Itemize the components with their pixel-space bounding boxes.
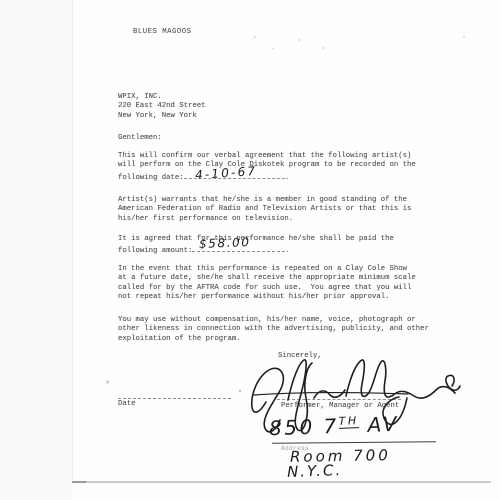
- letterhead: BLUES MAGOOS: [133, 28, 192, 37]
- paragraph-line: his/her first performance on television.: [118, 215, 411, 224]
- scanned-letter: > BLUES MAGOOS WPIX, INC. 220 East 42nd …: [0, 0, 500, 500]
- scan-speck: [272, 48, 274, 49]
- paragraph-line: This will confirm our verbal agreement t…: [118, 152, 416, 161]
- paragraph-line: other likeness in connection with the ad…: [118, 325, 429, 334]
- date-signature-line: [118, 390, 231, 399]
- stray-pen-mark: >: [106, 379, 110, 386]
- paper-left-edge: [72, 0, 73, 482]
- recipient-line-3: New York, New York: [118, 112, 206, 121]
- paragraph-line: called for by the AFTRA code for such us…: [118, 284, 416, 293]
- address-line: [272, 433, 436, 443]
- paper-bottom-edge: [72, 481, 491, 483]
- scan-speck: [463, 36, 465, 38]
- paragraph-line: American Federation of Radio and Televis…: [118, 205, 411, 214]
- scan-speck: [254, 36, 256, 38]
- paragraph-line: Artist(s) warrants that he/she is a memb…: [118, 196, 411, 205]
- handwritten-city: N.Y.C.: [287, 461, 343, 481]
- date-label: Date: [118, 400, 136, 409]
- paragraph-line: at a future date, she/he shall receive t…: [118, 274, 416, 283]
- handwritten-amount: $58.00: [199, 235, 251, 251]
- paragraph-line: following amount:.: [118, 244, 394, 256]
- sentence-period: .: [285, 174, 289, 182]
- paragraph-line: not repeat his/her performance without h…: [118, 293, 416, 302]
- paragraph-aftra: Artist(s) warrants that he/she is a memb…: [118, 196, 411, 224]
- paragraph-line: following date:.: [118, 171, 416, 183]
- paragraph-publicity: You may use without compensation, his/he…: [118, 316, 429, 344]
- date-fill-label: following date:: [118, 174, 184, 182]
- salutation: Gentlemen:: [118, 134, 162, 143]
- paragraph-line: exploitation of the program.: [118, 335, 429, 344]
- recipient-address: WPIX, INC. 220 East 42nd Street New York…: [118, 93, 206, 121]
- scan-speck: [322, 47, 324, 49]
- amount-fill-label: following amount:: [118, 247, 192, 255]
- recipient-line-1: WPIX, INC.: [118, 93, 206, 102]
- paragraph-line: It is agreed that for this performance h…: [118, 235, 394, 244]
- paragraph-repeat: In the event that this performance is re…: [118, 265, 416, 303]
- paragraph-line: You may use without compensation, his/he…: [118, 316, 429, 325]
- paper-bottom-edge-corner: [72, 481, 86, 483]
- recipient-line-2: 220 East 42nd Street: [118, 102, 206, 111]
- scan-speck: [298, 39, 300, 41]
- paragraph-amount: It is agreed that for this performance h…: [118, 235, 394, 257]
- paragraph-line: In the event that this performance is re…: [118, 265, 416, 274]
- scan-margin: [0, 0, 72, 500]
- paragraph-line: will perform on the Clay Cole Diskotek p…: [118, 161, 416, 170]
- paragraph-date: This will confirm our verbal agreement t…: [118, 152, 416, 183]
- address-ordinal: TH: [338, 414, 358, 429]
- sentence-period: .: [285, 247, 289, 255]
